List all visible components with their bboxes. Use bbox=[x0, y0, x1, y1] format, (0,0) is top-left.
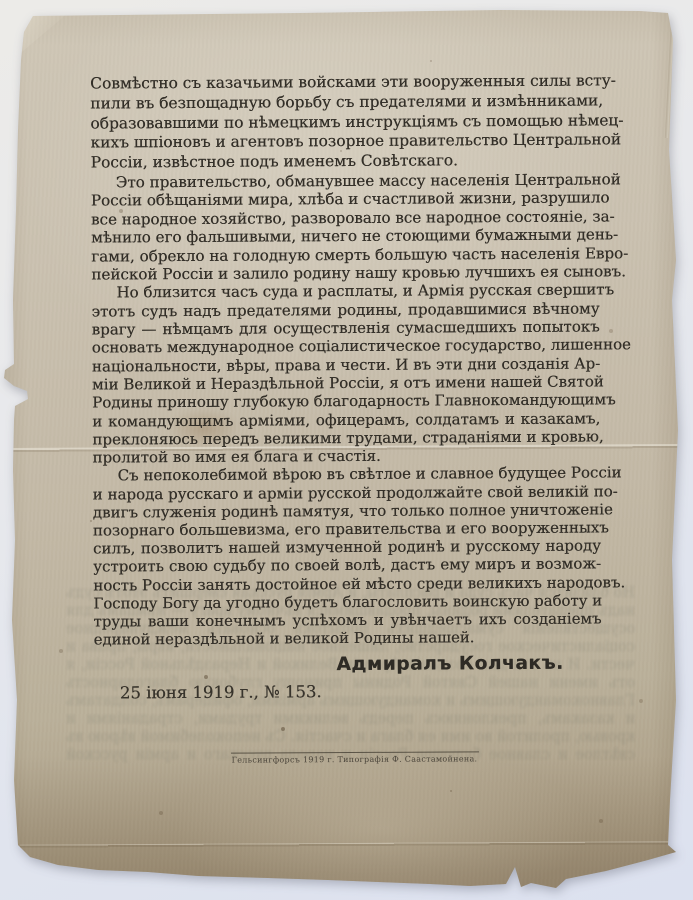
text-line: пили въ безпощадную борьбу съ предателям… bbox=[90, 91, 598, 114]
edge-crease bbox=[665, 18, 674, 138]
text-line: единой нераздѣльной и великой Родины наш… bbox=[93, 628, 601, 649]
document-text: Совмѣстно съ казачьими войсками эти воор… bbox=[90, 71, 602, 703]
paragraph: Господу Богу да угодно будетъ благослови… bbox=[93, 591, 601, 649]
document-sheet: Но близится часъ суда и расплаты, и Армі… bbox=[0, 0, 693, 900]
printer-imprint: Гельсингфорсъ 1919 г. Типографія Ф. Саас… bbox=[8, 750, 693, 766]
paragraph: Совмѣстно съ казачьими войсками эти воор… bbox=[90, 71, 599, 173]
photo-background: Но близится часъ суда и расплаты, и Армі… bbox=[0, 0, 693, 900]
dateline: 25 іюня 1919 г., № 153. bbox=[94, 681, 602, 703]
signature: Адмиралъ Колчакъ. bbox=[94, 653, 602, 677]
body-paragraphs: Совмѣстно съ казачьими войсками эти воор… bbox=[90, 71, 601, 649]
paper: Но близится часъ суда и расплаты, и Армі… bbox=[0, 0, 693, 900]
corner-fold bbox=[16, 13, 68, 57]
bottom-crease bbox=[20, 841, 673, 848]
paragraph: Но близится часъ суда и расплаты, и Армі… bbox=[91, 281, 600, 467]
imprint-rule bbox=[230, 751, 478, 753]
paragraph: Это правительство, обманувшее массу насе… bbox=[91, 170, 600, 284]
paper-specks bbox=[0, 0, 2, 2]
text-line: преклоняюсь передъ великими трудами, стр… bbox=[92, 427, 600, 448]
text-line: кихъ шпіоновъ и агентовъ позорное правит… bbox=[90, 131, 598, 154]
text-line: труды ваши конечнымъ успѣхомъ и увѣнчает… bbox=[93, 609, 601, 630]
paragraph: Съ непоколебимой вѣрою въ свѣтлое и слав… bbox=[92, 464, 601, 595]
text-line: Родины приношу глубокую благодарность Гл… bbox=[92, 391, 600, 412]
imprint-text: Гельсингфорсъ 1919 г. Типографія Ф. Саас… bbox=[8, 753, 693, 766]
